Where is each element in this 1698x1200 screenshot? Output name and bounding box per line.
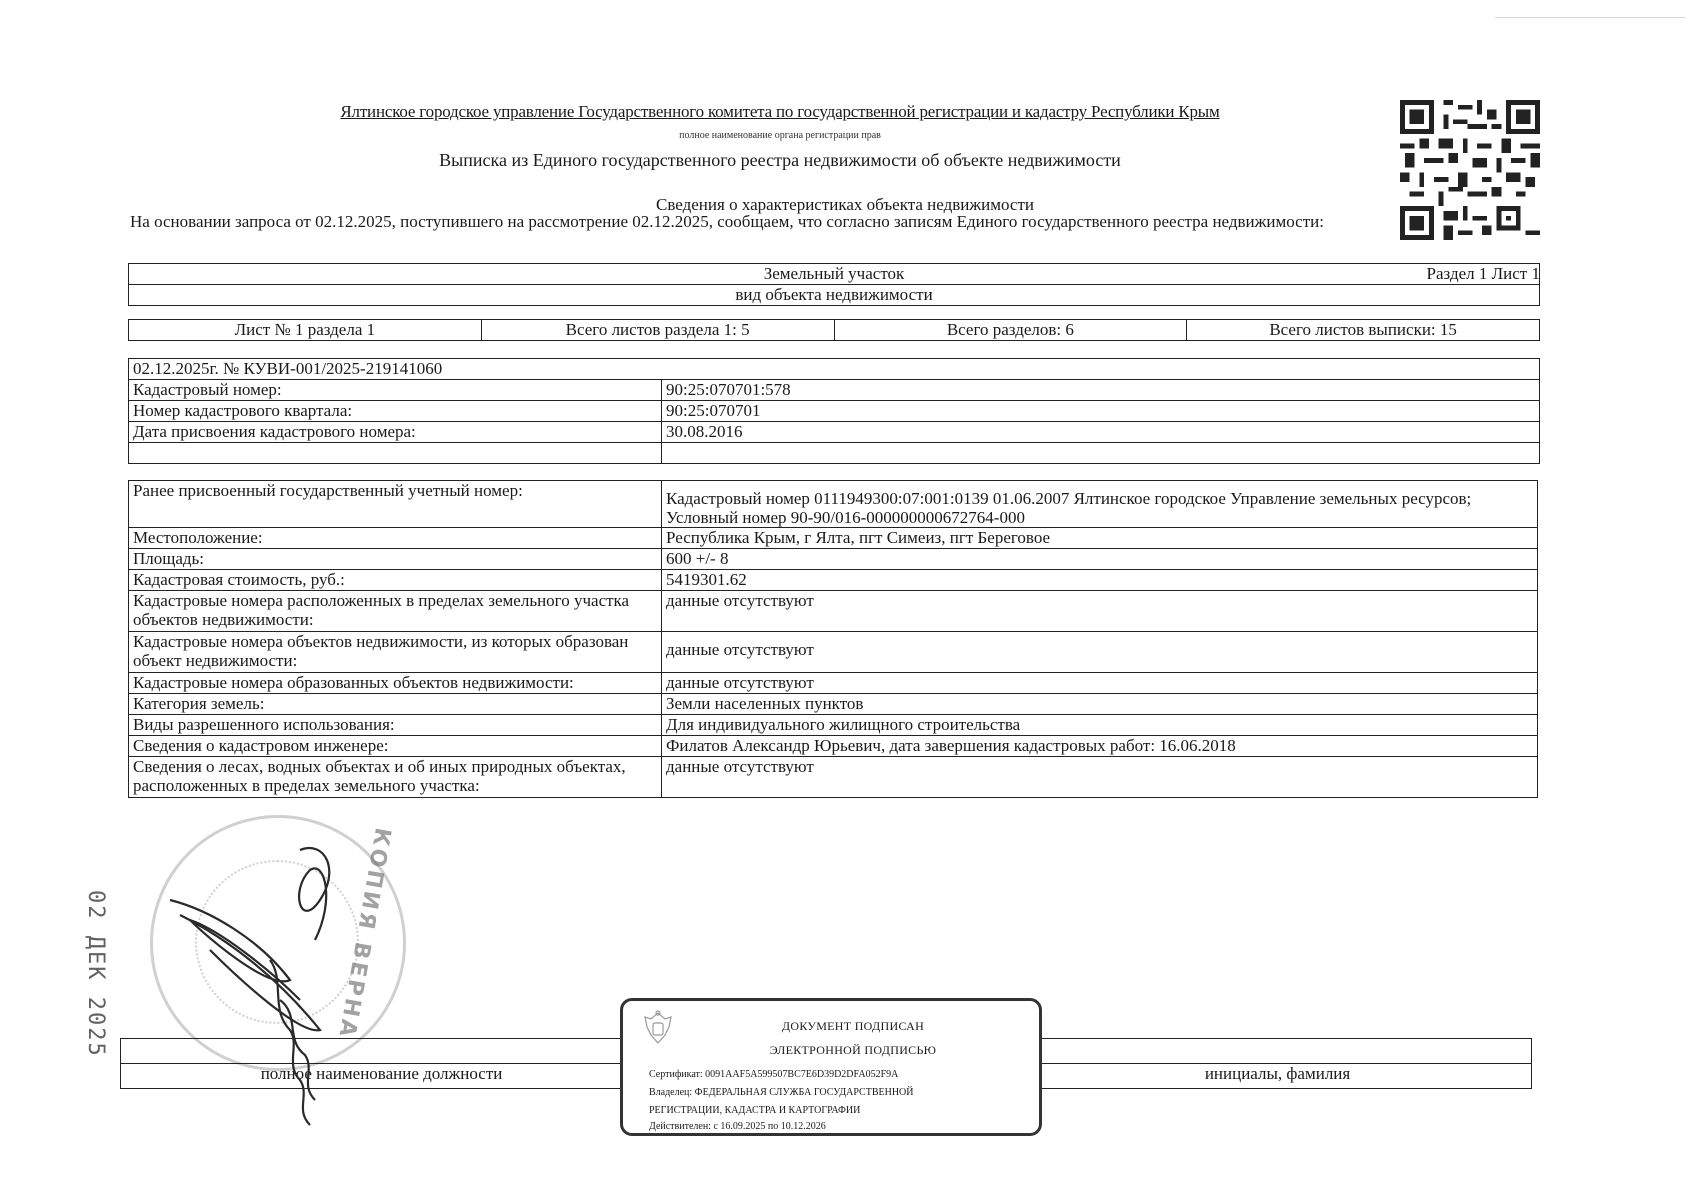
object-type-caption: вид объекта недвижимости: [129, 285, 1540, 306]
table-row: Ранее присвоенный государственный учетны…: [129, 481, 1538, 528]
object-type: Земельный участок: [129, 264, 1540, 285]
row-value: данные отсутствуют: [662, 673, 1538, 694]
document-title: Выписка из Единого государственного реес…: [270, 150, 1290, 171]
table-row: Кадастровый номер: 90:25:070701:578: [129, 380, 1540, 401]
row-value: Республика Крым, г Ялта, пгт Симеиз, пгт…: [662, 528, 1538, 549]
row-label: Кадастровые номера расположенных в преде…: [129, 591, 662, 632]
row-label: Виды разрешенного использования:: [129, 715, 662, 736]
cadastral-quarter: 90:25:070701: [662, 401, 1540, 422]
row-label: Кадастровая стоимость, руб.:: [129, 570, 662, 591]
registration-table: 02.12.2025г. № КУВИ-001/2025-219141060 К…: [128, 358, 1540, 464]
row-label: Кадастровые номера образованных объектов…: [129, 673, 662, 694]
table-row: Кадастровые номера объектов недвижимости…: [129, 632, 1538, 673]
row-label: Ранее присвоенный государственный учетны…: [129, 481, 662, 528]
table-row: Дата присвоения кадастрового номера: 30.…: [129, 422, 1540, 443]
row-value: Филатов Александр Юрьевич, дата завершен…: [662, 736, 1538, 757]
row-value: 5419301.62: [662, 570, 1538, 591]
qr-code-icon: [1400, 100, 1540, 240]
row-value: данные отсутствуют: [662, 757, 1538, 798]
sheet-info-table: Лист № 1 раздела 1 Всего листов раздела …: [128, 319, 1540, 341]
row-value: 600 +/- 8: [662, 549, 1538, 570]
row-label: Дата присвоения кадастрового номера:: [129, 422, 662, 443]
table-row: Виды разрешенного использования:Для инди…: [129, 715, 1538, 736]
row-value: данные отсутствуют: [662, 632, 1538, 673]
characteristics-table: Ранее присвоенный государственный учетны…: [128, 480, 1538, 798]
cadastral-number: 90:25:070701:578: [662, 380, 1540, 401]
table-row: Категория земель:Земли населенных пункто…: [129, 694, 1538, 715]
organization-caption: полное наименование органа регистрации п…: [270, 130, 1290, 141]
certificate: Сертификат: 0091AAF5A599507BC7E6D39D2DFA…: [649, 1069, 898, 1080]
table-row: Сведения о лесах, водных объектах и об и…: [129, 757, 1538, 798]
row-label: Площадь:: [129, 549, 662, 570]
total-sheets-extract: Всего листов выписки: 15: [1187, 320, 1540, 341]
assignment-date: 30.08.2016: [662, 422, 1540, 443]
object-type-table: Земельный участок вид объекта недвижимос…: [128, 263, 1540, 306]
coat-of-arms-icon: [641, 1009, 675, 1049]
owner-line-2: РЕГИСТРАЦИИ, КАДАСТРА И КАРТОГРАФИИ: [649, 1105, 860, 1116]
table-row: Номер кадастрового квартала: 90:25:07070…: [129, 401, 1540, 422]
basis-text: На основании запроса от 02.12.2025, пост…: [130, 212, 1324, 232]
scan-edge-line: [1495, 17, 1685, 18]
table-row: Сведения о кадастровом инженере:Филатов …: [129, 736, 1538, 757]
electronic-signature-stamp: ДОКУМЕНТ ПОДПИСАН ЭЛЕКТРОННОЙ ПОДПИСЬЮ С…: [620, 998, 1042, 1136]
row-label: Сведения о кадастровом инженере:: [129, 736, 662, 757]
row-value: Земли населенных пунктов: [662, 694, 1538, 715]
row-label: Номер кадастрового квартала:: [129, 401, 662, 422]
validity: Действителен: с 16.09.2025 по 10.12.2026: [649, 1121, 826, 1132]
organization-name: Ялтинское городское управление Государст…: [270, 102, 1290, 122]
row-value: Для индивидуального жилищного строительс…: [662, 715, 1538, 736]
row-label: Категория земель:: [129, 694, 662, 715]
table-row: Кадастровая стоимость, руб.:5419301.62: [129, 570, 1538, 591]
total-sections: Всего разделов: 6: [834, 320, 1187, 341]
signed-heading: ДОКУМЕНТ ПОДПИСАН: [683, 1019, 1023, 1034]
table-row: Площадь:600 +/- 8: [129, 549, 1538, 570]
row-label: Кадастровые номера объектов недвижимости…: [129, 632, 662, 673]
registration-number: 02.12.2025г. № КУВИ-001/2025-219141060: [129, 359, 1540, 380]
row-label: Местоположение:: [129, 528, 662, 549]
handwritten-signature: [150, 830, 410, 1140]
row-label: Сведения о лесах, водных объектах и об и…: [129, 757, 662, 798]
sheet-number: Лист № 1 раздела 1: [129, 320, 482, 341]
owner-line-1: Владелец: ФЕДЕРАЛЬНАЯ СЛУЖБА ГОСУДАРСТВЕ…: [649, 1087, 914, 1098]
table-row: Местоположение:Республика Крым, г Ялта, …: [129, 528, 1538, 549]
table-row: Кадастровые номера расположенных в преде…: [129, 591, 1538, 632]
table-row: Кадастровые номера образованных объектов…: [129, 673, 1538, 694]
total-sheets-section: Всего листов раздела 1: 5: [481, 320, 834, 341]
row-value: Кадастровый номер 0111949300:07:001:0139…: [662, 481, 1538, 528]
name-caption: инициалы, фамилия: [1024, 1064, 1532, 1089]
stamp-date: 02 ДЕК 2025: [83, 890, 108, 1058]
row-label: Кадастровый номер:: [129, 380, 662, 401]
row-value: данные отсутствуют: [662, 591, 1538, 632]
signed-subheading: ЭЛЕКТРОННОЙ ПОДПИСЬЮ: [683, 1043, 1023, 1058]
